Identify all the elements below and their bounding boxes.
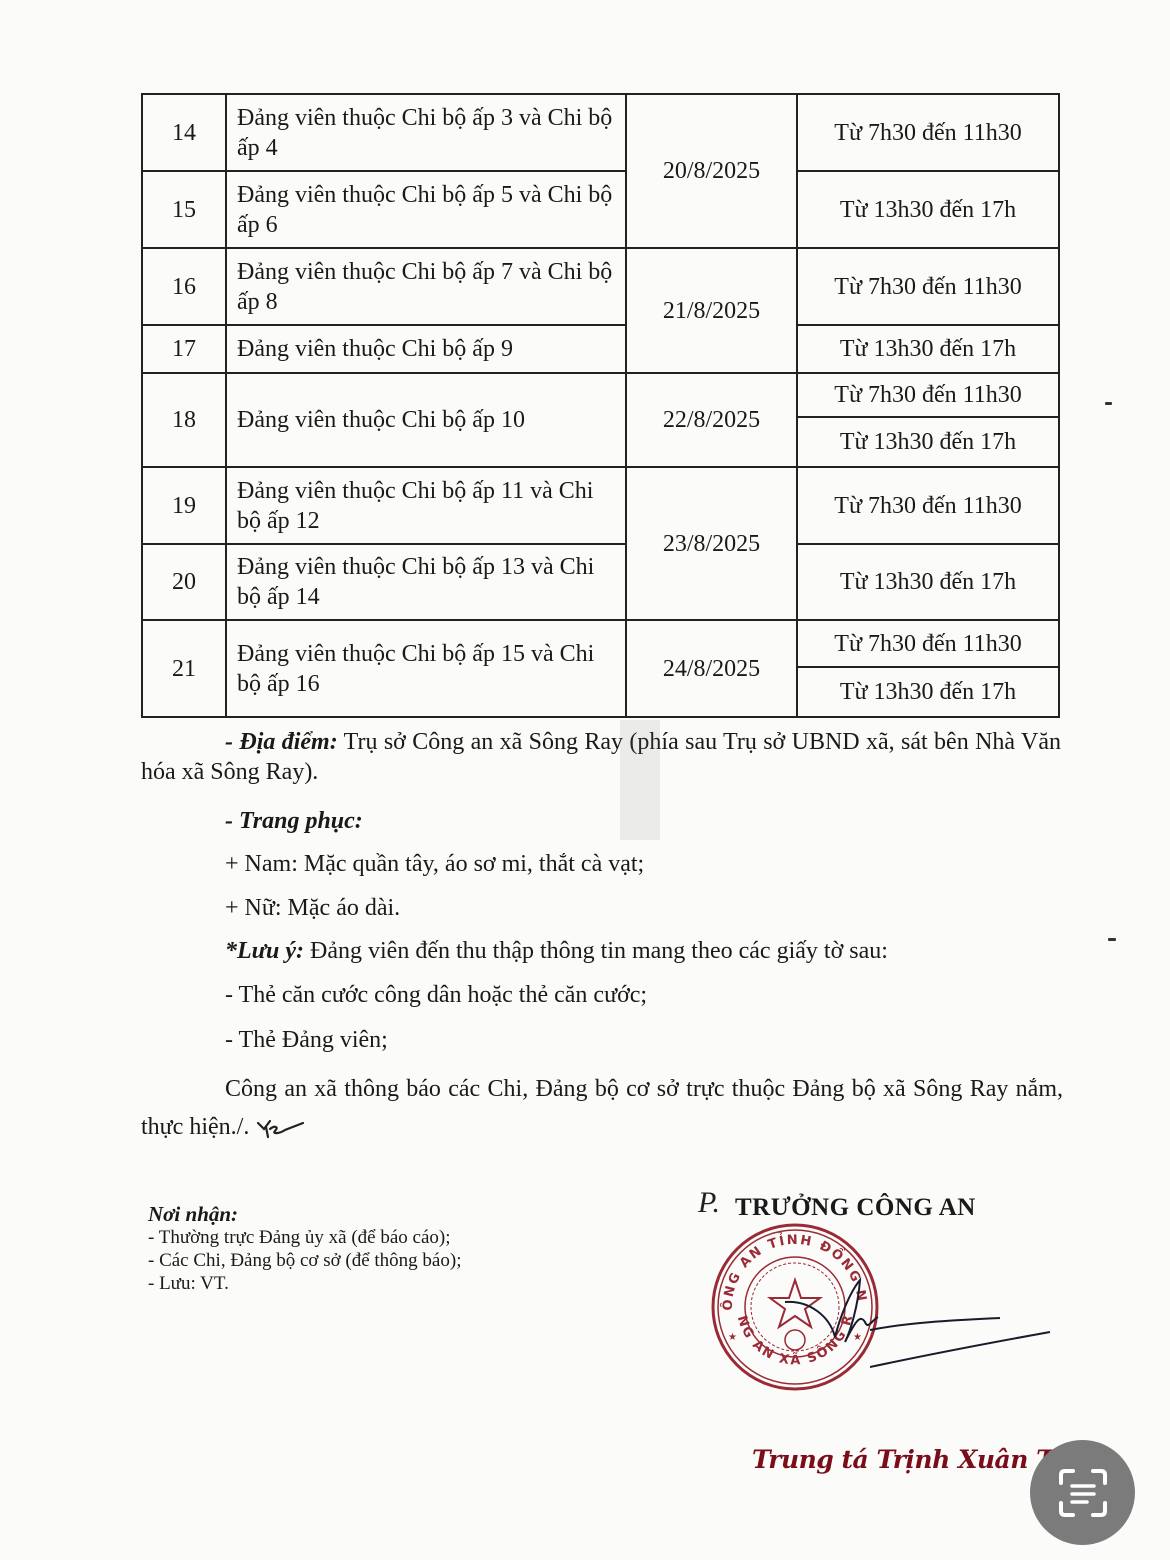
recipients-title: Nơi nhận: [148,1203,461,1226]
time-cell: Từ 13h30 đến 17h [797,417,1059,467]
table-row: 15 Đảng viên thuộc Chi bộ ấp 5 và Chi bộ… [142,171,1059,248]
initial-mark-icon [255,1117,307,1139]
text-scan-icon [1055,1465,1111,1521]
scan-smudge [620,720,660,840]
participant-cell: Đảng viên thuộc Chi bộ ấp 13 và Chi bộ ấ… [226,544,626,620]
attire-men: + Nam: Mặc quần tây, áo sơ mi, thắt cà v… [225,849,644,879]
official-seal-icon: CÔNG AN TỈNH ĐỒNG NAI CÔNG AN XÃ SÔNG RA… [710,1222,880,1392]
location-paragraph: - Địa điểm: Trụ sở Công an xã Sông Ray (… [141,727,1061,787]
row-number: 18 [142,373,226,467]
table-row: 18 Đảng viên thuộc Chi bộ ấp 10 22/8/202… [142,373,1059,417]
recipient-item: - Lưu: VT. [148,1272,461,1295]
date-cell: 22/8/2025 [626,373,797,467]
participant-cell: Đảng viên thuộc Chi bộ ấp 10 [226,373,626,467]
table-row: 20 Đảng viên thuộc Chi bộ ấp 13 và Chi b… [142,544,1059,620]
date-cell: 24/8/2025 [626,620,797,717]
row-number: 17 [142,325,226,373]
attire-women: + Nữ: Mặc áo dài. [225,893,400,923]
note-paragraph: *Lưu ý: Đảng viên đến thu thập thông tin… [225,936,888,966]
document-page: 14 Đảng viên thuộc Chi bộ ấp 3 và Chi bộ… [0,0,1170,1560]
attire-label: - Trang phục: [225,806,363,836]
participant-cell: Đảng viên thuộc Chi bộ ấp 11 và Chi bộ ấ… [226,467,626,544]
participant-cell: Đảng viên thuộc Chi bộ ấp 5 và Chi bộ ấp… [226,171,626,248]
text-scan-button[interactable] [1030,1440,1135,1545]
row-number: 21 [142,620,226,717]
scan-speck [1105,402,1112,405]
signature-title: TRƯỞNG CÔNG AN [735,1194,976,1222]
table-row: 16 Đảng viên thuộc Chi bộ ấp 7 và Chi bộ… [142,248,1059,325]
schedule-table: 14 Đảng viên thuộc Chi bộ ấp 3 và Chi bộ… [141,93,1060,718]
note-text: Đảng viên đến thu thập thông tin mang th… [304,938,888,964]
participant-cell: Đảng viên thuộc Chi bộ ấp 7 và Chi bộ ấp… [226,248,626,325]
table-row: 19 Đảng viên thuộc Chi bộ ấp 11 và Chi b… [142,467,1059,544]
row-number: 16 [142,248,226,325]
time-cell: Từ 13h30 đến 17h [797,171,1059,248]
date-cell: 23/8/2025 [626,467,797,620]
participant-cell: Đảng viên thuộc Chi bộ ấp 3 và Chi bộ ấp… [226,94,626,171]
time-cell: Từ 7h30 đến 11h30 [797,373,1059,417]
row-number: 20 [142,544,226,620]
row-number: 14 [142,94,226,171]
recipient-item: - Thường trực Đảng ủy xã (để báo cáo); [148,1226,461,1249]
scan-speck [1108,938,1116,941]
recipients-block: Nơi nhận: - Thường trực Đảng ủy xã (để b… [148,1203,461,1295]
row-number: 19 [142,467,226,544]
signature-stroke-icon [870,1300,1060,1390]
location-label: - Địa điểm: [225,729,338,755]
table-row: 21 Đảng viên thuộc Chi bộ ấp 15 và Chi b… [142,620,1059,667]
participant-cell: Đảng viên thuộc Chi bộ ấp 15 và Chi bộ ấ… [226,620,626,717]
table-row: 17 Đảng viên thuộc Chi bộ ấp 9 Từ 13h30 … [142,325,1059,373]
required-doc-1: - Thẻ căn cước công dân hoặc thẻ căn cướ… [225,980,647,1010]
closing-paragraph: Công an xã thông báo các Chi, Đảng bộ cơ… [141,1070,1063,1146]
svg-text:★: ★ [728,1332,737,1343]
signature-prefix: P. [698,1186,720,1220]
participant-cell: Đảng viên thuộc Chi bộ ấp 9 [226,325,626,373]
time-cell: Từ 7h30 đến 11h30 [797,467,1059,544]
table-row: 14 Đảng viên thuộc Chi bộ ấp 3 và Chi bộ… [142,94,1059,171]
note-label: *Lưu ý: [225,938,304,964]
time-cell: Từ 7h30 đến 11h30 [797,94,1059,171]
time-cell: Từ 13h30 đến 17h [797,667,1059,717]
required-doc-2: - Thẻ Đảng viên; [225,1025,388,1055]
date-cell: 21/8/2025 [626,248,797,373]
time-cell: Từ 7h30 đến 11h30 [797,620,1059,667]
recipient-item: - Các Chi, Đảng bộ cơ sở (để thông báo); [148,1249,461,1272]
date-cell: 20/8/2025 [626,94,797,248]
time-cell: Từ 7h30 đến 11h30 [797,248,1059,325]
time-cell: Từ 13h30 đến 17h [797,544,1059,620]
time-cell: Từ 13h30 đến 17h [797,325,1059,373]
row-number: 15 [142,171,226,248]
svg-text:★: ★ [853,1332,862,1343]
